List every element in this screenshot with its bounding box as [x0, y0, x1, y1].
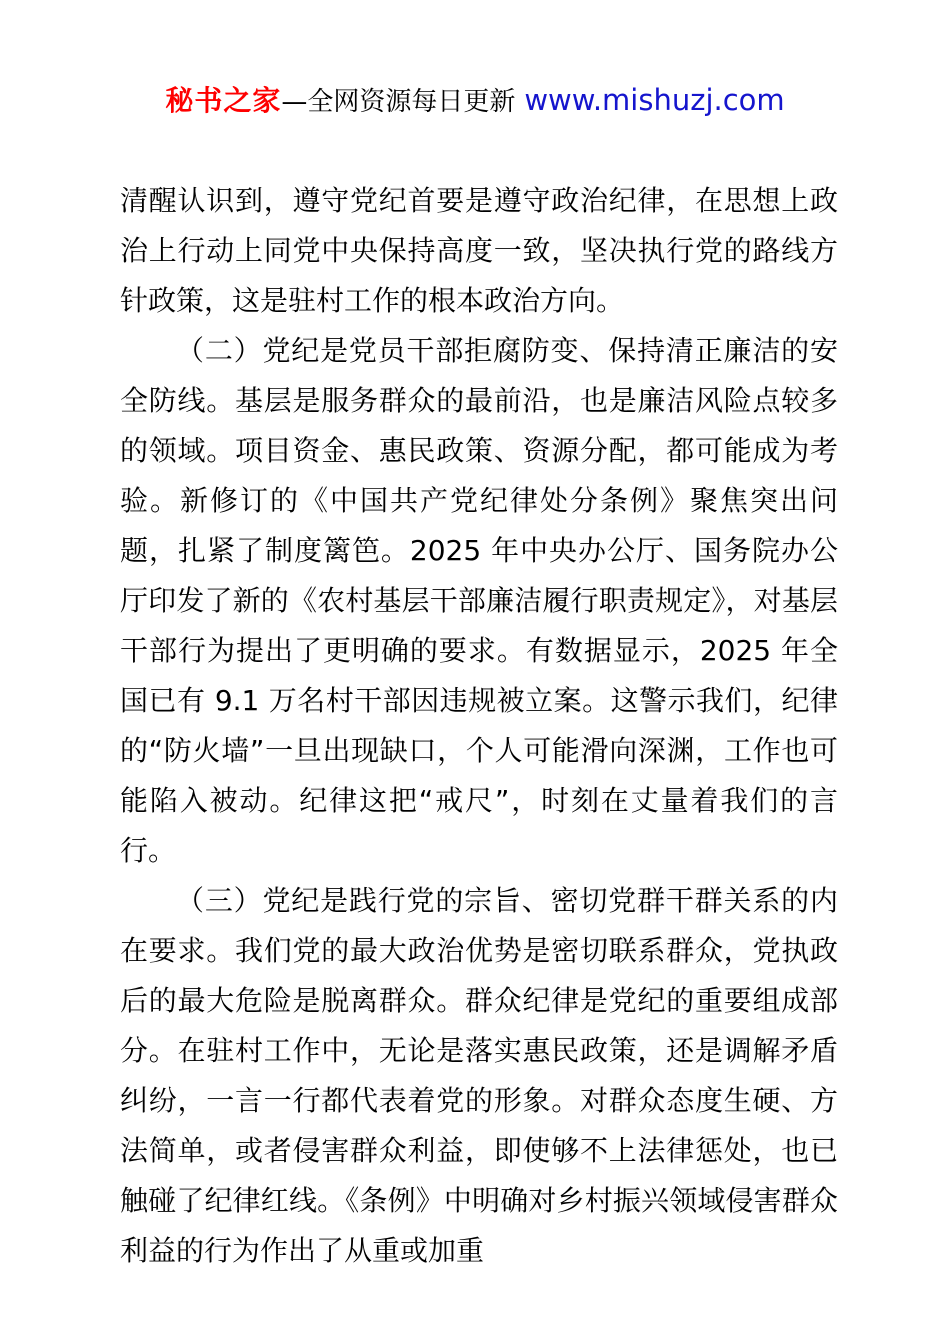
header-tagline: —全网资源每日更新	[281, 87, 515, 117]
document-body: 清醒认识到，遵守党纪首要是遵守政治纪律，在思想上政治上行动上同党中央保持高度一致…	[120, 176, 838, 1276]
paragraph-section-three: （三）党纪是践行党的宗旨、密切党群干群关系的内在要求。我们党的最大政治优势是密切…	[120, 876, 838, 1276]
document-page: 秘书之家—全网资源每日更新www.mishuzj.com 清醒认识到，遵守党纪首…	[0, 0, 950, 1344]
paragraph-political-discipline-continuation: 清醒认识到，遵守党纪首要是遵守政治纪律，在思想上政治上行动上同党中央保持高度一致…	[120, 176, 838, 326]
site-url-link[interactable]: www.mishuzj.com	[524, 83, 784, 117]
page-header: 秘书之家—全网资源每日更新www.mishuzj.com	[0, 80, 950, 122]
paragraph-section-two: （二）党纪是党员干部拒腐防变、保持清正廉洁的安全防线。基层是服务群众的最前沿，也…	[120, 326, 838, 876]
site-name: 秘书之家	[165, 84, 281, 117]
